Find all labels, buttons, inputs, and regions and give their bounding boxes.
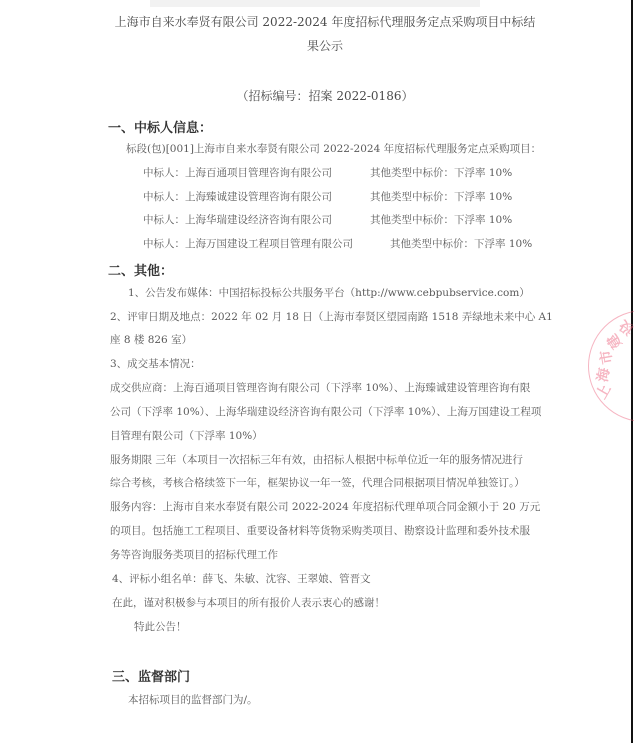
evaluation-panel: 4、评标小组名单：薛飞、朱敏、沈容、王翠娘、管晋文 <box>112 571 371 586</box>
winner-name: 中标人：上海华瑞建设经济咨询有限公司 <box>143 214 332 226</box>
section1-heading: 一、中标人信息： <box>108 117 212 136</box>
stamp-char: 市 <box>599 349 615 365</box>
publish-media: 1、公告发布媒体：中国招标投标公共服务平台（http://www.cebpubs… <box>128 285 530 300</box>
winner-row: 中标人：上海华瑞建设经济咨询有限公司 其他类型中标价：下浮率 10% <box>143 212 332 227</box>
service-content-line1: 服务内容：上海市自来水奉贤有限公司 2022-2024 年度招标代理单项合同金额… <box>110 499 540 514</box>
document-title: 上海市自来水奉贤有限公司 2022-2024 年度招标代理服务定点采购项目中标结… <box>100 10 550 58</box>
deal-info-heading: 3、成交基本情况： <box>110 356 201 371</box>
supervision-body: 本招标项目的监督部门为/。 <box>128 692 258 707</box>
section3-heading: 三、监督部门 <box>112 666 190 685</box>
tender-code: （招标编号：招案 2022-0186） <box>100 87 550 104</box>
service-period-line1: 服务期限 三年（本项目一次招标三年有效，由招标人根据中标单位近一年的服务情况进行 <box>110 452 523 467</box>
thanks-line: 在此，谨对积极参与本项目的所有报价人表示衷心的感谢！ <box>112 595 385 610</box>
review-date-line1: 2、评审日期及地点：2022 年 02 月 18 日（上海市奉贤区望园南路 15… <box>110 309 553 324</box>
review-date-line2: 座 8 楼 826 室） <box>110 332 192 347</box>
winner-row: 中标人：上海万国建设工程项目管理有限公司 其他类型中标价：下浮率 10% <box>143 236 353 251</box>
suppliers-line2: 公司（下浮率 10%）、上海华瑞建设经济咨询有限公司（下浮率 10%）、上海万国… <box>110 404 541 419</box>
section2-heading: 二、其他： <box>108 260 173 279</box>
suppliers-line1: 成交供应商：上海百通项目管理咨询有限公司（下浮率 10%）、上海臻诚建设管理咨询… <box>110 380 530 395</box>
service-content-line3: 务等咨询服务类项目的招标代理工作 <box>110 547 278 562</box>
winner-row: 中标人：上海臻诚建设管理咨询有限公司 其他类型中标价：下浮率 10% <box>143 189 332 204</box>
stamp-char: 海 <box>596 367 612 383</box>
winner-name: 中标人：上海万国建设工程项目管理有限公司 <box>143 238 353 250</box>
service-content-line2: 的项目。包括施工工程项目、重要设备材料等货物采购类项目、勘察设计监理和委外技术服 <box>110 523 530 538</box>
announcement-line: 特此公告！ <box>134 619 187 634</box>
suppliers-line3: 目管理有限公司（下浮率 10%） <box>110 428 263 443</box>
winner-price: 其他类型中标价：下浮率 10% <box>370 189 512 204</box>
title-line-2: 果公示 <box>100 34 550 58</box>
lot-line: 标段(包)[001]上海市自来水奉贤有限公司 2022-2024 年度招标代理服… <box>126 141 541 156</box>
winner-row: 中标人：上海百通项目管理咨询有限公司 其他类型中标价：下浮率 10% <box>143 165 332 180</box>
winner-price: 其他类型中标价：下浮率 10% <box>390 236 532 251</box>
winner-name: 中标人：上海臻诚建设管理咨询有限公司 <box>143 191 332 203</box>
service-period-line2: 综合考核，考核合格续签下一年，框架协议一年一签，代理合同根据项目情况单独签订。） <box>110 475 525 490</box>
top-gray-bar <box>150 0 480 7</box>
winner-price: 其他类型中标价：下浮率 10% <box>370 212 512 227</box>
winner-name: 中标人：上海百通项目管理咨询有限公司 <box>143 167 332 179</box>
winner-price: 其他类型中标价：下浮率 10% <box>370 165 512 180</box>
title-line-1: 上海市自来水奉贤有限公司 2022-2024 年度招标代理服务定点采购项目中标结 <box>115 15 536 29</box>
